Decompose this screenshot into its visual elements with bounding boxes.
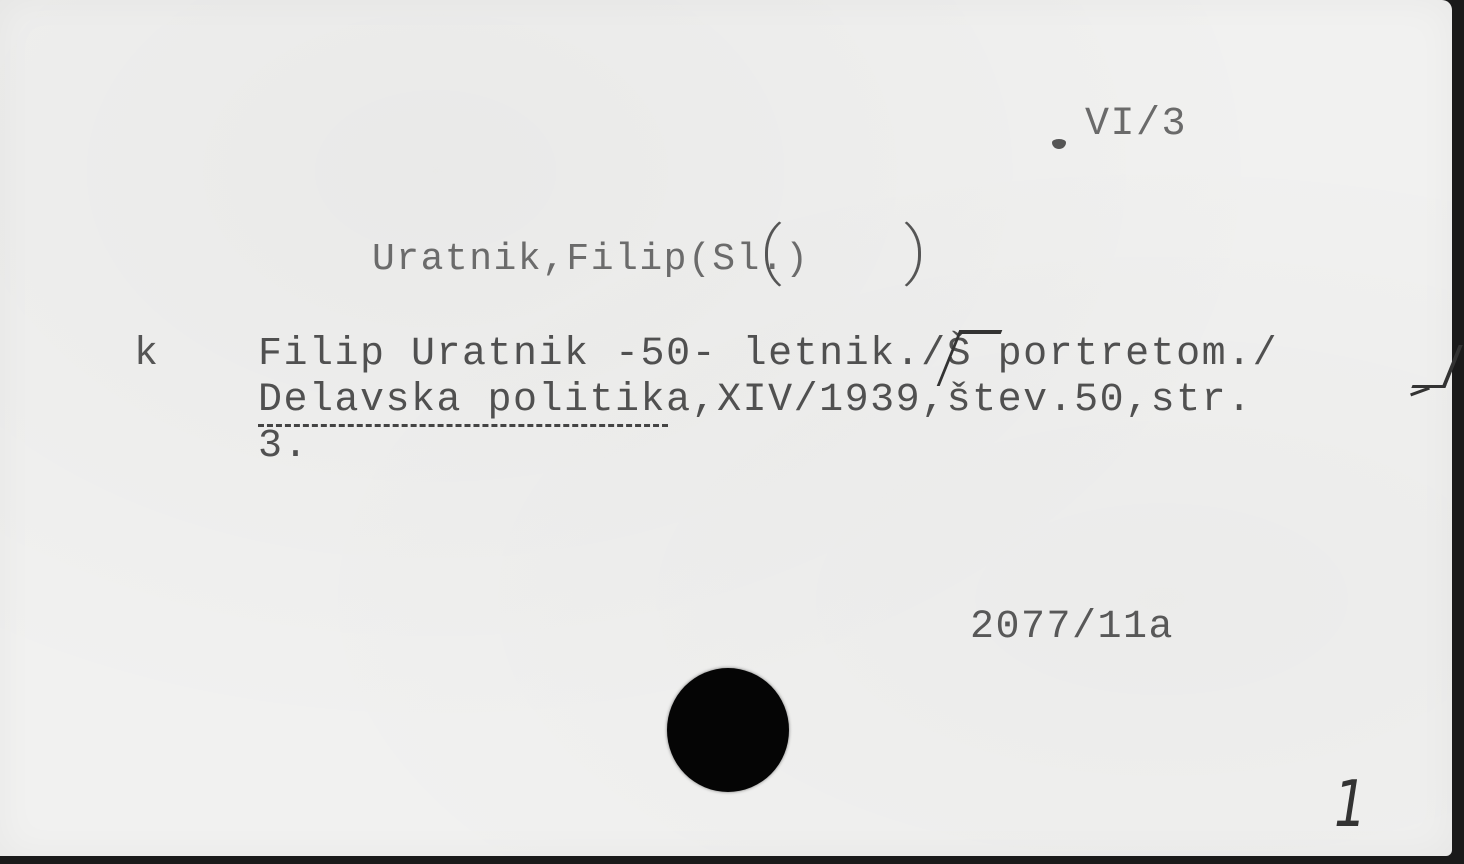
handwritten-page-number: 1 [1334, 770, 1382, 840]
handwritten-circle-annotation [765, 212, 921, 296]
card-heading: Uratnik,Filip(Sl.) [372, 238, 809, 281]
entry-line-1: Filip Uratnik -50- letnik./Š portretom./ [258, 332, 1278, 377]
publication-underline [258, 424, 668, 427]
entry-type-marker: k [134, 332, 160, 377]
handwritten-mark [1052, 136, 1066, 149]
shelfmark: VI/3 [1085, 102, 1187, 147]
call-number: 2077/11a [970, 605, 1174, 650]
punch-hole [667, 668, 789, 792]
entry-line-3: 3. [258, 424, 309, 469]
handwritten-bracket-close [1411, 345, 1462, 388]
handwritten-mark-str [1410, 387, 1430, 397]
entry-line-2: Delavska politika,XIV/1939,štev.50,str. [258, 378, 1253, 423]
catalog-card: VI/3 Uratnik,Filip(Sl.) k Filip Uratnik … [0, 0, 1452, 856]
